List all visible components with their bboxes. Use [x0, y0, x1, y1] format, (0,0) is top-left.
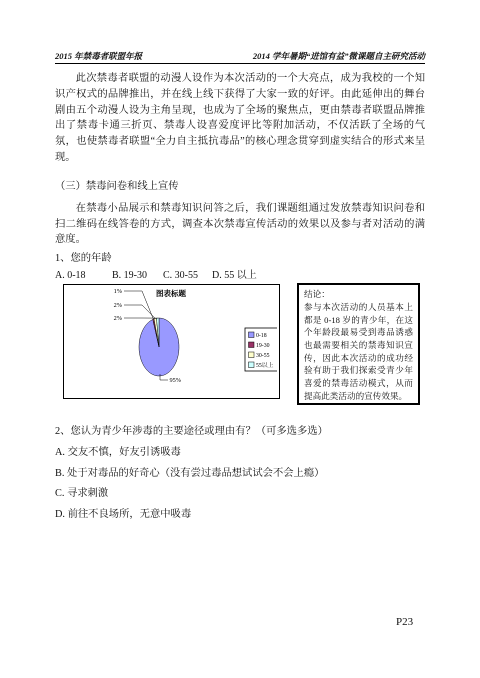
paragraph-survey: 在禁毒小品展示和禁毒知识问答之后，我们课题组通过发放禁毒知识问卷和扫二维码在线答…	[55, 201, 425, 248]
q1-option-b: B. 19-30	[112, 269, 163, 283]
age-pie-chart: 图表标题1%2%2%95%0-1819-3030-5555以上	[64, 285, 277, 396]
question1-options: A. 0-18 B. 19-30 C. 30-55 D. 55 以上	[55, 269, 425, 283]
svg-text:30-55: 30-55	[256, 353, 270, 359]
question2-title: 2、您认为青少年涉毒的主要途径或理由有？（可多选多选）	[55, 424, 425, 440]
svg-text:19-30: 19-30	[256, 343, 270, 349]
svg-text:1%: 1%	[114, 288, 123, 295]
header-left-title: 2015 年禁毒者联盟年报	[55, 50, 142, 62]
document-page: 2015 年禁毒者联盟年报 2014 学年暑期“进馆有益”微课题自主研究活动 此…	[0, 0, 480, 678]
conclusion-body: 参与本次活动的人员基本上都是 0-18 岁的青少年，在这个年龄段最易受到毒品诱惑…	[304, 301, 413, 403]
page-content: 此次禁毒者联盟的动漫人设作为本次活动的一个大亮点，成为我校的一个知识产权式的品牌…	[55, 66, 425, 522]
q1-option-a: A. 0-18	[55, 269, 112, 283]
svg-text:0-18: 0-18	[256, 333, 267, 339]
chart-row: 图表标题1%2%2%95%0-1819-3030-5555以上 结论： 参与本次…	[55, 283, 425, 409]
svg-text:55以上: 55以上	[256, 361, 274, 369]
q1-option-c: C. 30-55	[163, 269, 212, 283]
q2-option-b: B. 处于对毒品的好奇心（没有尝过毒品想试试会不会上瘾）	[55, 466, 425, 482]
q2-option-a: A. 交友不慎，好友引诱吸毒	[55, 445, 425, 461]
section-heading: （三）禁毒问卷和线上宣传	[55, 179, 425, 195]
svg-text:95%: 95%	[170, 377, 182, 384]
svg-text:2%: 2%	[114, 315, 123, 322]
page-number: P23	[396, 616, 413, 628]
q2-option-c: C. 寻求刺激	[55, 486, 425, 502]
conclusion-box: 结论： 参与本次活动的人员基本上都是 0-18 岁的青少年，在这个年龄段最易受到…	[297, 283, 420, 405]
chart-box: 图表标题1%2%2%95%0-1819-3030-5555以上	[63, 284, 280, 399]
svg-text:图表标题: 图表标题	[156, 288, 186, 298]
paragraph-intro: 此次禁毒者联盟的动漫人设作为本次活动的一个大亮点，成为我校的一个知识产权式的品牌…	[55, 71, 425, 166]
header-right-title: 2014 学年暑期“进馆有益”微课题自主研究活动	[253, 50, 425, 62]
q1-option-d: D. 55 以上	[212, 269, 257, 283]
svg-text:2%: 2%	[114, 302, 123, 309]
question1-title: 1、您的年龄	[55, 251, 425, 267]
page-header: 2015 年禁毒者联盟年报 2014 学年暑期“进馆有益”微课题自主研究活动	[55, 50, 425, 64]
q2-option-d: D. 前往不良场所，无意中吸毒	[55, 507, 425, 523]
conclusion-title: 结论：	[304, 288, 413, 301]
